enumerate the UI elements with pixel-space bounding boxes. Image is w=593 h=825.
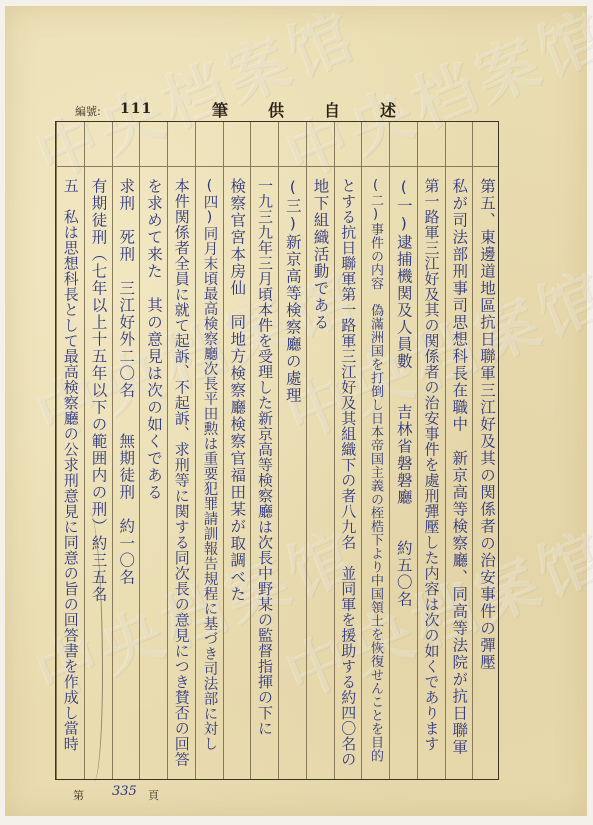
handwritten-line: 第一路軍三江好及其の関係者の治安事件を處刑彈壓した内容は次の如くであります	[418, 178, 445, 752]
handwritten-line: を求めて来た 其の意見は次の如くである	[140, 178, 167, 501]
handwritten-line: 一九三九年三月頃本件を受理した新京高等検察廳は次長中野某の監督指揮の下に	[251, 178, 278, 736]
page-number: 335	[112, 784, 137, 799]
manuscript-column: (二)事件の内容 偽滿洲国を打倒し日本帝国主義の桎梏下より中国領土を恢復せんこと…	[361, 122, 389, 779]
manuscript-column: 一九三九年三月頃本件を受理した新京高等検察廳は次長中野某の監督指揮の下に	[250, 122, 278, 779]
page-label-prefix: 第	[73, 787, 84, 803]
handwritten-line: 第五、東邊道地區抗日聯軍三江好及其の関係者の治安事件の彈壓	[473, 178, 500, 671]
manuscript-column: 第一路軍三江好及其の関係者の治安事件を處刑彈壓した内容は次の如くであります	[417, 122, 445, 779]
manuscript-column: (三)新京高等検察廳の處理	[278, 122, 306, 779]
handwritten-line: (四)同月末頃最高検察廳次長平田勲は重要犯罪請訓報告規程に基づき司法部に対し	[196, 178, 223, 751]
manuscript-column: (四)同月末頃最高検察廳次長平田勲は重要犯罪請訓報告規程に基づき司法部に対し	[195, 122, 223, 779]
manuscript-column: (一)逮捕機関及人員數 吉林省磐磐廳 約五〇名	[389, 122, 417, 779]
handwritten-line: (二)事件の内容 偽滿洲国を打倒し日本帝国主義の桎梏下より中国領土を恢復せんこと…	[362, 178, 389, 763]
handwritten-line: 地下組織活動である	[307, 178, 334, 331]
manuscript-column: 検察官宮本房仙 同地方検察廳検察官福田某が取調べた	[223, 122, 251, 779]
record-number-label: 編號:	[75, 103, 101, 119]
page-label-suffix: 頁	[148, 787, 159, 803]
handwritten-line: とする抗日聯軍第一路軍三江好及其組織下の者八九名 並同軍を援助する約四〇名の	[335, 178, 362, 767]
manuscript-column: を求めて来た 其の意見は次の如くである	[139, 122, 167, 779]
handwritten-line: (一)逮捕機関及人員數 吉林省磐磐廳 約五〇名	[390, 178, 417, 608]
manuscript-column: 第五、東邊道地區抗日聯軍三江好及其の関係者の治安事件の彈壓	[472, 122, 500, 779]
handwritten-line: 検察官宮本房仙 同地方検察廳検察官福田某が取調べた	[224, 178, 251, 603]
record-number-value: 111	[120, 101, 152, 117]
manuscript-column: 本件関係者全員に就て起訴、不起訴、求刑等に関する同次長の意見につき賛否の回答	[167, 122, 195, 779]
manuscript-column: 求刑 死刑 三江好外二〇名 無期徒刑 約一〇名	[112, 122, 140, 779]
manuscript-grid: 五 私は思想科長として最高検察廳の公求刑意見に同意の旨の回答書を作成し當時有期徒…	[55, 121, 499, 780]
handwritten-line: 私が司法部刑事司思想科長在職中 新京高等検察廳、同高等法院が抗日聯軍	[446, 178, 473, 756]
handwritten-line: (三)新京高等検察廳の處理	[279, 178, 306, 404]
manuscript-column: とする抗日聯軍第一路軍三江好及其組織下の者八九名 並同軍を援助する約四〇名の	[334, 122, 362, 779]
handwritten-line: 本件関係者全員に就て起訴、不起訴、求刑等に関する同次長の意見につき賛否の回答	[168, 178, 195, 767]
manuscript-column: 私が司法部刑事司思想科長在職中 新京高等検察廳、同高等法院が抗日聯軍	[445, 122, 473, 779]
manuscript-column: 地下組織活動である	[306, 122, 334, 779]
form-title: 筆供自述	[212, 98, 436, 121]
handwritten-line: 求刑 死刑 三江好外二〇名 無期徒刑 約一〇名	[113, 178, 140, 586]
